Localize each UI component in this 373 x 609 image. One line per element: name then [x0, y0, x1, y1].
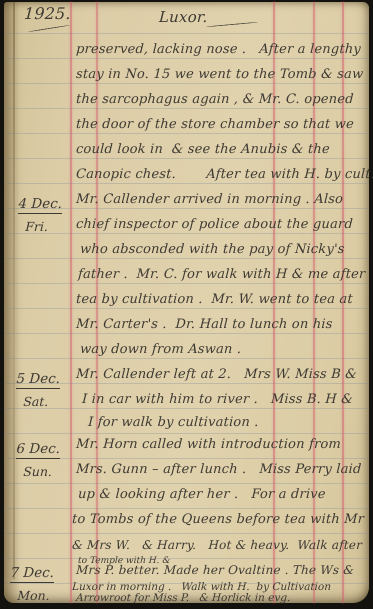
entry-day: Fri. [17, 219, 61, 234]
diary-line: Mr. Carter's . Dr. Hall to lunch on his [76, 316, 333, 333]
diary-line: Mr. Callender arrived in morning . Also [76, 191, 344, 208]
diary-line: Arrowroot for Miss P. & Horlick in evg. [76, 590, 291, 607]
year-label: 1925. [24, 5, 72, 22]
entry-date-block: 5 Dec. Sat. [15, 368, 61, 409]
diary-line: way down from Aswan . [80, 341, 242, 358]
entry-day: Mon. [9, 588, 53, 603]
diary-line: I in car with him to river . Miss B. H & [82, 391, 354, 408]
diary-line: to Tombs of the Queens before tea with M… [72, 511, 365, 528]
scanned-diary-photo: { "colors": { "paper": "#dccda7", "ink":… [0, 0, 373, 609]
entry-date-block: 4 Dec. Fri. [17, 193, 63, 234]
entry-date: 4 Dec. [18, 196, 62, 214]
page-title: Luxor. [159, 9, 209, 26]
diary-line: preserved, lacking nose . After a length… [76, 41, 362, 58]
diary-line: the door of the store chamber so that we [76, 116, 355, 133]
entry-date: 6 Dec. [16, 441, 60, 459]
diary-line: chief inspector of police about the guar… [76, 216, 354, 233]
entry-day: Sat. [15, 394, 59, 409]
diary-line: Mr. Horn called with introduction from [76, 436, 342, 453]
diary-line: father . Mr. C. for walk with H & me aft… [78, 266, 366, 283]
diary-line: Canopic chest. After tea with H. by cult… [76, 166, 373, 183]
diary-line: I for walk by cultivation . [88, 414, 260, 431]
entry-date: 7 Dec. [10, 565, 54, 583]
diary-line: could look in & see the Anubis & the [76, 141, 331, 158]
diary-line: Mrs P. better. Made her Ovaltine . The W… [76, 562, 355, 579]
entry-day: Sun. [15, 464, 59, 479]
diary-line: who absconded with the pay of Nicky's [80, 241, 345, 258]
diary-line: Mrs. Gunn – after lunch . Miss Perry lai… [76, 461, 362, 478]
binding-crease [13, 2, 15, 579]
entry-date: 5 Dec. [16, 371, 60, 389]
diary-page: 1925. Luxor. preserved, lacking nose . A… [4, 2, 369, 603]
diary-line: Mr. Callender left at 2. Mrs W. Miss B & [76, 366, 358, 383]
page-edge [4, 2, 19, 603]
diary-line: the sarcophagus again , & Mr. C. opened [76, 91, 355, 108]
entry-date-block: 7 Dec. Mon. [9, 562, 55, 603]
diary-line: stay in No. 15 we went to the Tomb & saw [76, 66, 364, 83]
diary-line: tea by cultivation . Mr. W. went to tea … [76, 291, 354, 308]
diary-line: & Mrs W. & Harry. Hot & heavy. Walk afte… [72, 537, 363, 554]
entry-date-block: 6 Dec. Sun. [15, 438, 61, 479]
diary-line: up & looking after her . For a drive [78, 486, 327, 503]
